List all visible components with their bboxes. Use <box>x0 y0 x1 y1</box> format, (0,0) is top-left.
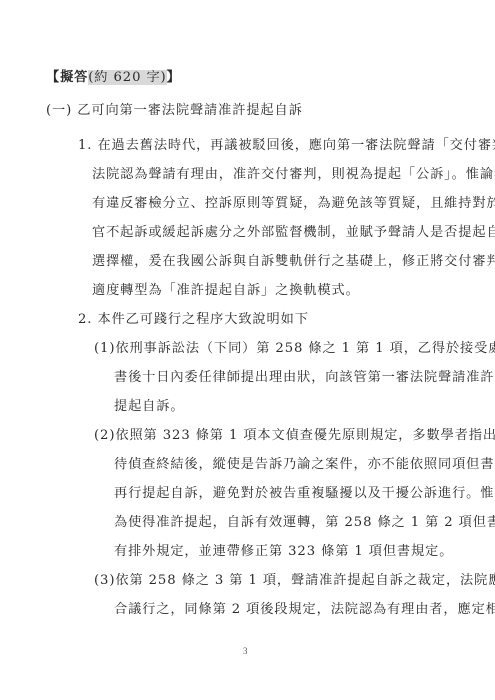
subitem-2-line-1: (2)依照第 323 條第 1 項本文偵查優先原則規定，多數學者指出， <box>94 428 495 444</box>
subitem-3-line-1: (3)依第 258 條之 3 第 1 項，聲請准許提起自訴之裁定，法院應以 <box>94 573 495 589</box>
subitem-2-line-3: 再行提起自訴，避免對於被告重複騷擾以及干擾公訴進行。惟 <box>114 486 494 502</box>
item-1-line-6: 適度轉型為「准許提起自訴」之換軌模式。 <box>92 283 360 299</box>
item-1-line-3: 有違反審檢分立、控訴原則等質疑，為避免該等質疑，且維持對於檢察 <box>92 196 495 212</box>
item-1-line-1: 1. 在過去舊法時代，再議被駁回後，應向第一審法院聲請「交付審判」，若 <box>78 138 495 154</box>
subitem-2-line-2: 待偵查終結後，縱使是告訴乃論之案件，亦不能依照同項但書 <box>114 457 494 473</box>
page-number: 3 <box>243 646 248 656</box>
section-title: (一) 乙可向第一審法院聲請准許提起自訴 <box>46 103 303 119</box>
subitem-1-line-1: (1)依刑事訴訟法（下同）第 258 條之 1 第 1 項，乙得於接受處分 <box>94 341 495 357</box>
subitem-2-line-5: 有排外規定，並連帶修正第 323 條第 1 項但書規定。 <box>114 544 453 560</box>
subitem-1-line-3: 提起自訴。 <box>114 399 184 415</box>
item-1-line-2: 法院認為聲請有理由，准許交付審判，則視為提起「公訴」。惟論者多認 <box>92 167 495 183</box>
subitem-1-line-2: 書後十日內委任律師提出理由狀，向該管第一審法院聲請准許 <box>114 370 494 386</box>
heading-close: 】 <box>167 70 181 85</box>
subitem-3-line-2: 合議行之，同條第 2 項後段規定，法院認為有理由者，應定相 <box>114 602 495 618</box>
item-2-line-1: 2. 本件乙可踐行之程序大致說明如下 <box>78 312 309 328</box>
answer-heading: 【擬答(約 620 字)】 <box>46 70 181 86</box>
word-count-highlight: (約 620 字) <box>88 70 166 85</box>
heading-open: 【擬答 <box>46 70 88 85</box>
item-1-line-5: 選擇權，爰在我國公訴與自訴雙軌併行之基礎上，修正將交付審判制度 <box>92 254 495 270</box>
subitem-2-line-4: 為使得准許提起，自訴有效運轉，第 258 條之 1 第 2 項但書設 <box>114 515 495 531</box>
item-1-line-4: 官不起訴或緩起訴處分之外部監督機制，並賦予聲請人是否提起自訴之 <box>92 225 495 241</box>
